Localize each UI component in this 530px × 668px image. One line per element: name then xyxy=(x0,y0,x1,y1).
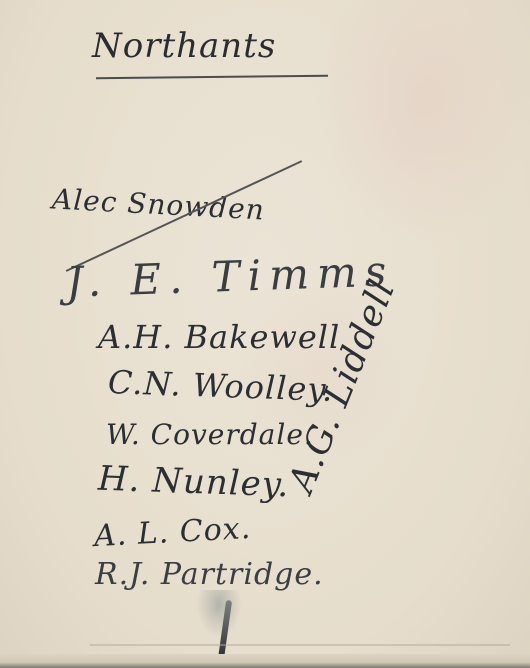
signature: A. L. Cox. xyxy=(93,511,252,554)
signature: W. Coverdale. xyxy=(106,418,314,451)
paper-edge xyxy=(0,654,530,668)
heading-underline xyxy=(96,75,328,79)
signature: C.N. Woolley. xyxy=(107,363,334,409)
signature: R.J. Partridge. xyxy=(95,557,324,592)
signature: A.H. Bakewell xyxy=(98,318,340,356)
signature: J. E. Timms xyxy=(65,246,395,306)
ink-smudge xyxy=(196,590,242,638)
heading-team-name: Northants xyxy=(92,26,276,66)
paper-crease xyxy=(90,644,510,646)
signature: H. Nunley. xyxy=(97,459,290,506)
autograph-sheet: Northants Alec Snowden J. E. Timms A.H. … xyxy=(0,0,530,668)
signature: Alec Snowden xyxy=(51,182,265,226)
